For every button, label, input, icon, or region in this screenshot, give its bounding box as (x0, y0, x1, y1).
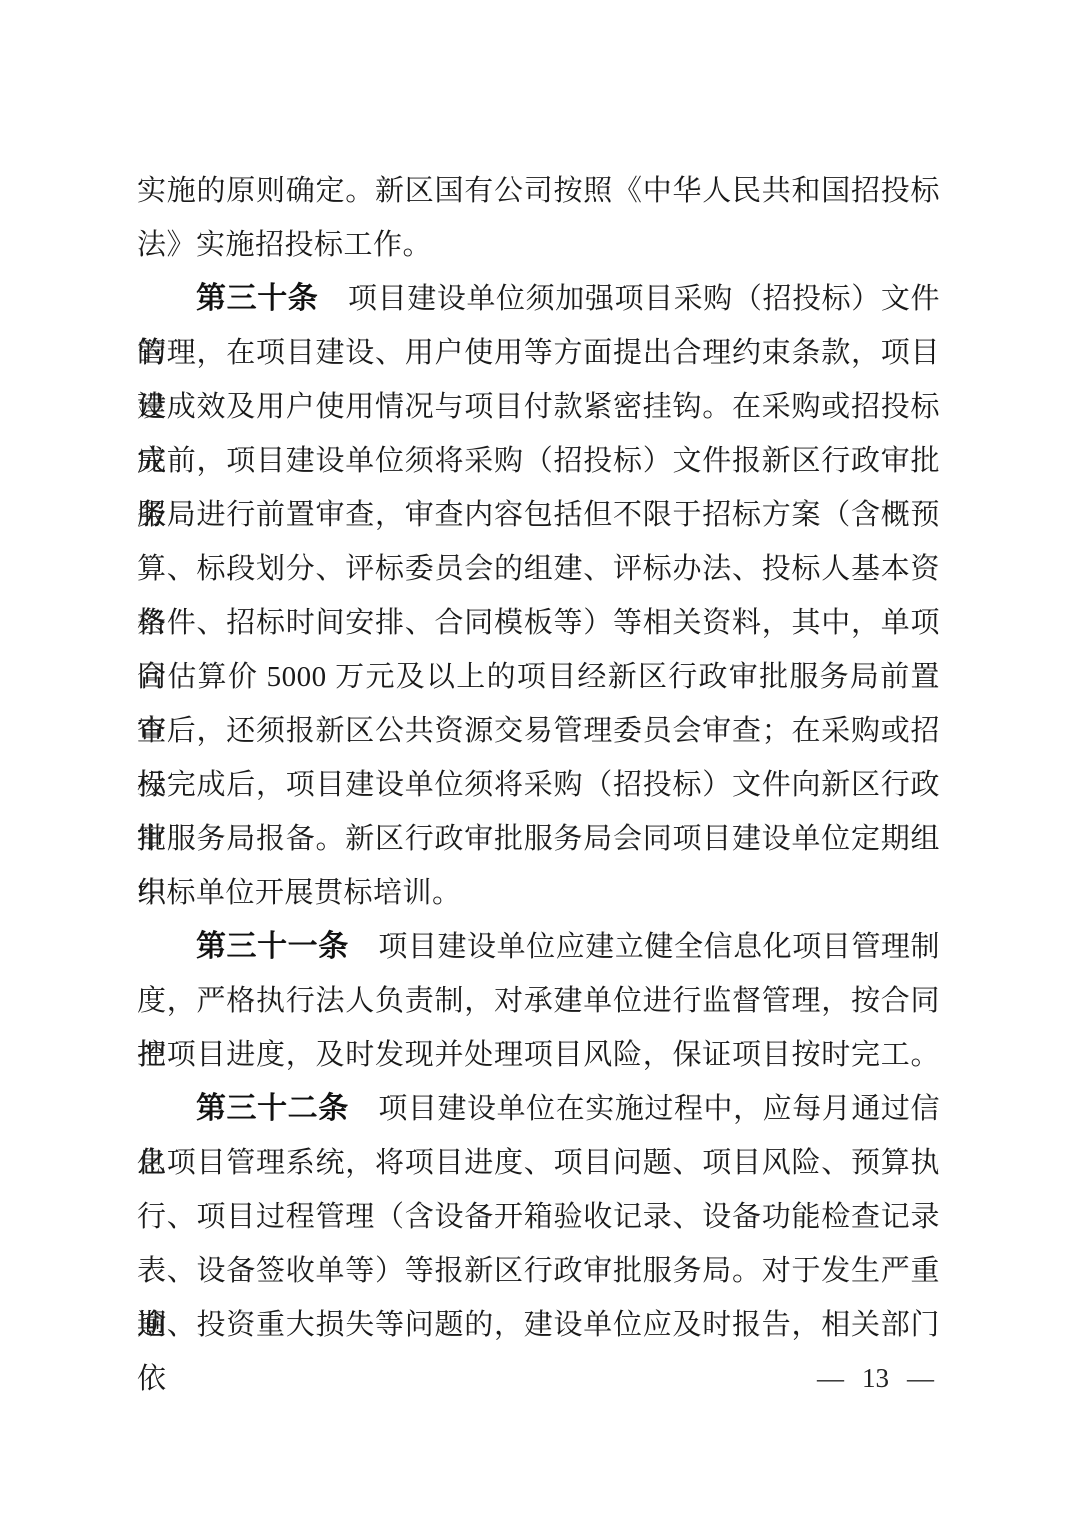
text-line: 度，严格执行法人负责制，对承建单位进行监督管理，按合同把 (137, 974, 940, 1028)
text-line: 法》实施招投标工作。 (137, 218, 940, 272)
text-line: 化项目管理系统，将项目进度、项目问题、项目风险、预算执 (137, 1136, 940, 1190)
line-text: 化项目管理系统，将项目进度、项目问题、项目风险、预算执 (137, 1147, 940, 1179)
text-line: 第三十条 项目建设单位须加强项目采购（招投标）文件的 (137, 272, 940, 326)
text-line: 表、设备签收单等）等报新区行政审批服务局。对于发生严重逾 (137, 1244, 940, 1298)
line-text: 实施的原则确定。新区国有公司按照《中华人民共和国招投标 (137, 175, 940, 207)
text-line: 标完成后，项目建设单位须将采购（招投标）文件向新区行政审 (137, 758, 940, 812)
text-line: 期、投资重大损失等问题的，建设单位应及时报告，相关部门依 (137, 1298, 940, 1352)
text-line: 第三十二条 项目建设单位在实施过程中，应每月通过信息 (137, 1082, 940, 1136)
line-text: 项目建设单位应建立健全信息化项目管理制 (349, 931, 940, 963)
document-page: 实施的原则确定。新区国有公司按照《中华人民共和国招投标 法》实施招投标工作。 第… (0, 0, 1074, 1520)
line-text: 控项目进度，及时发现并处理项目风险，保证项目按时完工。 (137, 1039, 940, 1071)
text-line: 算、标段划分、评标委员会的组建、评标办法、投标人基本资格 (137, 542, 940, 596)
text-line: 设成效及用户使用情况与项目付款紧密挂钩。在采购或招投标完 (137, 380, 940, 434)
text-line: 第三十一条 项目建设单位应建立健全信息化项目管理制 (137, 920, 940, 974)
page-number: — 13 — (817, 1358, 934, 1398)
text-line: 查后，还须报新区公共资源交易管理委员会审查；在采购或招投 (137, 704, 940, 758)
text-line: 实施的原则确定。新区国有公司按照《中华人民共和国招投标 (137, 164, 940, 218)
text-line: 同估算价 5000 万元及以上的项目经新区行政审批服务局前置审 (137, 650, 940, 704)
text-line: 管理，在项目建设、用户使用等方面提出合理约束条款，项目建 (137, 326, 940, 380)
line-text: 务局进行前置审查，审查内容包括但不限于招标方案（含概预 (137, 499, 940, 531)
text-line: 批服务局报备。新区行政审批服务局会同项目建设单位定期组织 (137, 812, 940, 866)
text-line: 务局进行前置审查，审查内容包括但不限于招标方案（含概预 (137, 488, 940, 542)
text-line: 行、项目过程管理（含设备开箱验收记录、设备功能检查记录 (137, 1190, 940, 1244)
line-text: 中标单位开展贯标培训。 (137, 877, 462, 909)
text-line: 控项目进度，及时发现并处理项目风险，保证项目按时完工。 (137, 1028, 940, 1082)
article-number-32: 第三十二条 (196, 1092, 349, 1125)
page-number-value: 13 (862, 1358, 889, 1398)
text-line: 中标单位开展贯标培训。 (137, 866, 940, 920)
page-number-right-dash: — (907, 1358, 934, 1398)
text-line: 成前，项目建设单位须将采购（招投标）文件报新区行政审批服 (137, 434, 940, 488)
document-body: 实施的原则确定。新区国有公司按照《中华人民共和国招投标 法》实施招投标工作。 第… (137, 164, 940, 1352)
text-line: 条件、招标时间安排、合同模板等）等相关资料，其中，单项合 (137, 596, 940, 650)
article-number-30: 第三十条 (196, 282, 318, 315)
line-text: 法》实施招投标工作。 (137, 229, 432, 261)
page-number-left-dash: — (817, 1358, 844, 1398)
article-number-31: 第三十一条 (196, 930, 349, 963)
line-text: 行、项目过程管理（含设备开箱验收记录、设备功能检查记录 (137, 1201, 940, 1233)
